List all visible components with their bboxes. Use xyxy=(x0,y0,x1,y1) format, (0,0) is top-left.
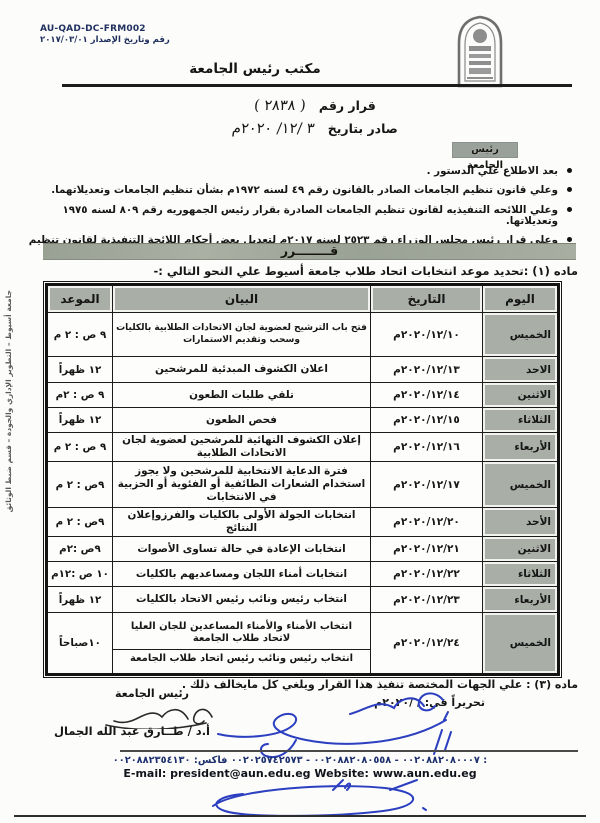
table-row: الأحد ٢٠٢٠/١٢/٢٠م انتخابات الجولة الأولى… xyxy=(47,508,559,537)
cell-statement: انتخابات أمناء اللجان ومساعديهم بالكليات xyxy=(113,562,371,587)
table-row: الثلاثاء ٢٠٢٠/١٢/١٥م فحص الطعون ١٢ ظهراً xyxy=(47,408,559,433)
cell-time: ١٢ ظهراً xyxy=(47,408,113,433)
article-1: ماده (١) :تحديد موعد انتخابات اتحاد طلاب… xyxy=(22,264,578,278)
form-meta: AU-QAD-DC-FRM002 رقم وتاريخ الإصدار ٢٠١٧… xyxy=(40,24,170,46)
cell-date: ٢٠٢٠/١٢/١٧م xyxy=(371,462,483,508)
cell-date: ٢٠٢٠/١٢/٢٢م xyxy=(371,562,483,587)
cell-time: ١٠ ص :١٢م xyxy=(47,562,113,587)
header-divider xyxy=(62,84,572,87)
col-header-time: الموعد xyxy=(47,285,113,313)
cell-day: الخميس xyxy=(483,462,559,508)
cell-day: الثلاثاء xyxy=(483,408,559,433)
office-title: مكتب رئيس الجامعة xyxy=(100,61,410,77)
cell-day: الاثنين xyxy=(483,537,559,562)
cell-date: ٢٠٢٠/١٢/١٥م xyxy=(371,408,483,433)
page-bottom-rule xyxy=(14,815,586,817)
bullet-icon xyxy=(567,168,572,173)
issued-date-label: صادر بتاريخ xyxy=(328,121,398,136)
preamble-item: وعلي اللائحه التنفيذيه لقانون تنظيم الجا… xyxy=(27,205,572,228)
col-header-day: اليوم xyxy=(483,285,559,313)
cell-time: ١٢ ظهراً xyxy=(47,587,113,613)
table-row: الاثنين ٢٠٢٠/١٢/١٤م تلقي طلبات الطعون ٩ … xyxy=(47,383,559,408)
cell-time: ٩ ص : ٢ م xyxy=(47,433,113,462)
preamble-item: بعد الاطلاع علي الدستور . xyxy=(27,166,572,177)
cell-statement-part-1: انتخاب الأمناء والأمناء المساعدين للجان … xyxy=(113,618,370,650)
decision-number-value: ( ٢٨٣٨ ) xyxy=(253,98,306,114)
assiut-university-emblem-icon xyxy=(455,13,505,89)
bullet-icon xyxy=(567,237,572,242)
cell-day: الاحد xyxy=(483,357,559,383)
footer-divider xyxy=(120,750,578,752)
cell-statement: انتخابات الجولة الأولى بالكليات والفرزوإ… xyxy=(113,508,371,537)
cell-date: ٢٠٢٠/١٢/٢٤م xyxy=(371,613,483,675)
cell-statement: تلقي طلبات الطعون xyxy=(113,383,371,408)
cell-day: الثلاثاء xyxy=(483,562,559,587)
cell-statement: اعلان الكشوف المبدئية للمرشحين xyxy=(113,357,371,383)
table-row: الاثنين ٢٠٢٠/١٢/٢١م انتخابات الإعادة في … xyxy=(47,537,559,562)
election-schedule-table: اليوم التاريخ البيان الموعد الخميس ٢٠٢٠/… xyxy=(45,283,560,676)
cell-day: الأحد xyxy=(483,508,559,537)
cell-statement: انتخاب الأمناء والأمناء المساعدين للجان … xyxy=(113,613,371,675)
cell-statement: انتخابات الإعادة في حالة تساوى الأصوات xyxy=(113,537,371,562)
cell-time: ١٢ ظهراً xyxy=(47,357,113,383)
form-issue-date: رقم وتاريخ الإصدار ٢٠١٧/٠٣/٠١ xyxy=(40,35,170,46)
president-heading-badge: رئيس الجامعة xyxy=(452,142,518,158)
cell-statement: فحص الطعون xyxy=(113,408,371,433)
decision-number-label: قرار رقم xyxy=(319,98,376,113)
cell-date: ٢٠٢٠/١٢/١٠م xyxy=(371,313,483,357)
cell-date: ٢٠٢٠/١٢/١٤م xyxy=(371,383,483,408)
cell-date: ٢٠٢٠/١٢/٢٣م xyxy=(371,587,483,613)
side-margin-note: جامعة أسيوط – التطوير الإداري والجودة – … xyxy=(4,290,13,665)
cell-statement: فتح باب الترشيح لعضوية لجان الاتحادات ال… xyxy=(113,313,371,357)
table-row: الاحد ٢٠٢٠/١٢/١٣م اعلان الكشوف المبدئية … xyxy=(47,357,559,383)
document-page: جامعة أسيوط – التطوير الإداري والجودة – … xyxy=(0,0,600,823)
bullet-icon xyxy=(567,207,572,212)
cell-day: الاثنين xyxy=(483,383,559,408)
decree-banner: قــــــــرر xyxy=(43,243,576,260)
table-row: الخميس ٢٠٢٠/١٢/١٧م فترة الدعاية الانتخاب… xyxy=(47,462,559,508)
table-row: الخميس ٢٠٢٠/١٢/١٠م فتح باب الترشيح لعضوي… xyxy=(47,313,559,357)
cell-time: ٩ ص : ٢ م xyxy=(47,313,113,357)
cell-time: ٩ ص : ٢م xyxy=(47,383,113,408)
col-header-date: التاريخ xyxy=(371,285,483,313)
cell-statement: فترة الدعاية الانتخابية للمرشحين ولا يجو… xyxy=(113,462,371,508)
cell-day: الأربعاء xyxy=(483,587,559,613)
cell-date: ٢٠٢٠/١٢/٢٠م xyxy=(371,508,483,537)
form-code: AU-QAD-DC-FRM002 xyxy=(40,24,170,35)
cell-time: ١٠صباحاً xyxy=(47,613,113,675)
table-row: الثلاثاء ٢٠٢٠/١٢/٢٢م انتخابات أمناء اللج… xyxy=(47,562,559,587)
table-header-row: اليوم التاريخ البيان الموعد xyxy=(47,285,559,313)
cell-date: ٢٠٢٠/١٢/١٦م xyxy=(371,433,483,462)
cell-time: ٩ص : ٢ م xyxy=(47,462,113,508)
cell-date: ٢٠٢٠/١٢/٢١م xyxy=(371,537,483,562)
cell-time: ٩ص :٢م xyxy=(47,537,113,562)
cell-day: الخميس xyxy=(483,313,559,357)
table-row: الأربعاء ٢٠٢٠/١٢/٢٣م انتخاب رئيس ونائب ر… xyxy=(47,587,559,613)
decision-header: قرار رقم ( ٢٨٣٨ ) صادر بتاريخ ٣ /١٢/ ٢٠٢… xyxy=(210,98,420,144)
table-row: الخميس ٢٠٢٠/١٢/٢٤م انتخاب الأمناء والأمن… xyxy=(47,613,559,675)
cell-statement: انتخاب رئيس ونائب رئيس الاتحاد بالكليات xyxy=(113,587,371,613)
bullet-icon xyxy=(567,187,572,192)
col-header-statement: البيان xyxy=(113,285,371,313)
cell-date: ٢٠٢٠/١٢/١٣م xyxy=(371,357,483,383)
cell-statement: إعلان الكشوف النهائية للمرشحين لعضوية لج… xyxy=(113,433,371,462)
preamble-item: وعلي قانون تنظيم الجامعات الصادر بالقانو… xyxy=(27,185,572,196)
phone-fax-line: : ٠٠٢٠٨٨٢٠٨٠٠٠٧ - ٠٠٢٠٨٨٢٠٨٠٥٥٨ - ٠٠٢٠٢٥… xyxy=(60,755,540,766)
cell-time: ٩ص : ٢ م xyxy=(47,508,113,537)
table-row: الأربعاء ٢٠٢٠/١٢/١٦م إعلان الكشوف النهائ… xyxy=(47,433,559,462)
issued-date-value: ٣ /١٢/ ٢٠٢٠م xyxy=(231,121,315,137)
cell-statement-part-2: انتخاب رئيس ونائب رئيس اتحاد طلاب الجامع… xyxy=(113,650,370,669)
cell-day: الأربعاء xyxy=(483,433,559,462)
cell-day: الخميس xyxy=(483,613,559,675)
